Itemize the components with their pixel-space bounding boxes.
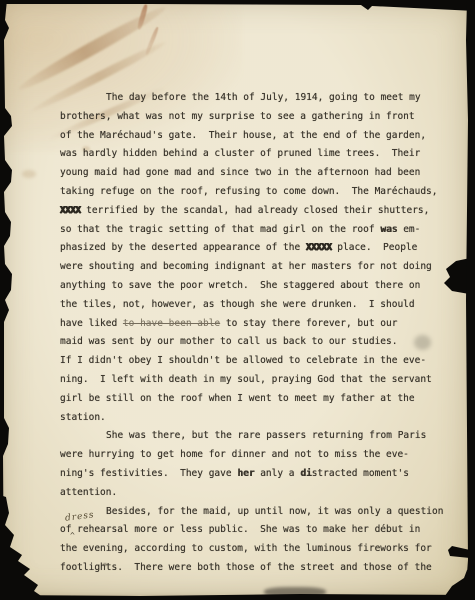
typed-text: If I didn't obey I shouldn't be allowed … <box>60 355 426 366</box>
typed-text: anly a <box>254 468 300 479</box>
typed-line: of the Maréchaud's gate. Their house, at… <box>60 127 460 146</box>
typed-line: was hardly hidden behind a cluster of pr… <box>60 145 460 164</box>
typed-text: Besides, for the maid, up until now, it … <box>106 506 443 517</box>
typed-line: young maid had gone mad and since two in… <box>60 164 460 183</box>
typed-line: ning. I left with death in my soul, pray… <box>60 371 460 390</box>
typed-line: ning's festivities. They gave her anly a… <box>60 465 460 484</box>
typed-text: footlights. There were both those of the… <box>60 562 432 573</box>
foxing-spot <box>22 170 36 178</box>
struck-out-text: to have been able <box>123 318 220 329</box>
typed-line: were shouting and becoming indignant at … <box>60 258 460 277</box>
typed-line: station. <box>60 409 460 428</box>
photo-background: The day before the 14th of July, 1914, g… <box>0 0 475 600</box>
typed-text: was hardly hidden behind a cluster of pr… <box>60 148 420 159</box>
typed-line: phasized by the deserted appearance of t… <box>60 239 460 258</box>
typed-text: the evening, according to custom, with t… <box>60 543 432 554</box>
typed-line: She was there, but the rare passers retu… <box>60 427 460 446</box>
typed-text: taking refuge on the roof, refusing to c… <box>60 186 438 197</box>
typed-text: of the Maréchaud's gate. Their house, at… <box>60 130 426 141</box>
typed-text: stracted moment's <box>312 468 409 479</box>
overtyped-text: di <box>300 468 311 479</box>
overtyped-text: was <box>380 224 397 235</box>
typed-line: Besides, for the maid, up until now, it … <box>60 503 460 522</box>
typed-line: anything to save the poor wretch. She st… <box>60 277 460 296</box>
typed-text: The day before the 14th of July, 1914, g… <box>106 92 421 103</box>
overstruck-text: XXXX <box>60 205 80 216</box>
typed-text: anything to save the poor wretch. She st… <box>60 280 420 291</box>
rust-mark <box>145 26 160 55</box>
typed-line: If I didn't obey I shouldn't be allowed … <box>60 352 460 371</box>
typed-line: have liked to have been able to stay the… <box>60 315 460 334</box>
typed-line: the tiles, not, however, as though she w… <box>60 296 460 315</box>
overtyped-text: her <box>237 468 254 479</box>
typed-text: so that the tragic setting of that mad g… <box>60 224 380 235</box>
typed-text: have liked <box>60 318 123 329</box>
typed-line: taking refuge on the roof, refusing to c… <box>60 183 460 202</box>
typed-text: terrified by the scandal, had already cl… <box>80 205 429 216</box>
typed-text: were hurrying to get home for dinner and… <box>60 449 409 460</box>
typed-text: to stay there forever, but our <box>220 318 397 329</box>
stain-streak <box>15 2 168 95</box>
typed-text-block: The day before the 14th of July, 1914, g… <box>60 89 460 578</box>
typed-line: footlights. There were both those of the… <box>60 559 460 578</box>
typed-line: were hurrying to get home for dinner and… <box>60 446 460 465</box>
typed-text: phasized by the deserted appearance of t… <box>60 242 306 253</box>
smudge <box>264 587 326 597</box>
typed-line: maid was sent by our mother to call us b… <box>60 333 460 352</box>
rust-mark <box>137 4 149 30</box>
typed-line: girl be still on the roof when I went to… <box>60 390 460 409</box>
caret-mark-icon: ^ <box>70 531 75 540</box>
typed-text: em- <box>397 224 420 235</box>
typed-text: attention. <box>60 487 117 498</box>
typed-text: the tiles, not, however, as though she w… <box>60 299 415 310</box>
typed-text: ning's festivities. They gave <box>60 468 237 479</box>
typed-text: were shouting and becoming indignant at … <box>60 261 432 272</box>
typed-text: maid was sent by our mother to call us b… <box>60 336 397 347</box>
overstruck-text: XXXXX <box>306 242 332 253</box>
typed-text: brothers, what was not my surprise to se… <box>60 111 415 122</box>
typed-line: attention. <box>60 484 460 503</box>
typed-text: She was there, but the rare passers retu… <box>106 430 426 441</box>
typed-line: the evening, according to custom, with t… <box>60 540 460 559</box>
typed-line: The day before the 14th of July, 1914, g… <box>60 89 460 108</box>
typed-text: station. <box>60 412 106 423</box>
typed-text: of rehearsal more or less public. She wa… <box>60 524 420 535</box>
typed-text: ning. I left with death in my soul, pray… <box>60 374 432 385</box>
typed-line: XXXX terrified by the scandal, had alrea… <box>60 202 460 221</box>
typed-line: brothers, what was not my surprise to se… <box>60 108 460 127</box>
typed-line: so that the tragic setting of that mad g… <box>60 221 460 240</box>
typed-text: young maid had gone mad and since two in… <box>60 167 420 178</box>
typed-line: of rehearsal more or less public. She wa… <box>60 521 460 540</box>
typed-text: place. People <box>332 242 418 253</box>
typed-text: girl be still on the roof when I went to… <box>60 393 415 404</box>
